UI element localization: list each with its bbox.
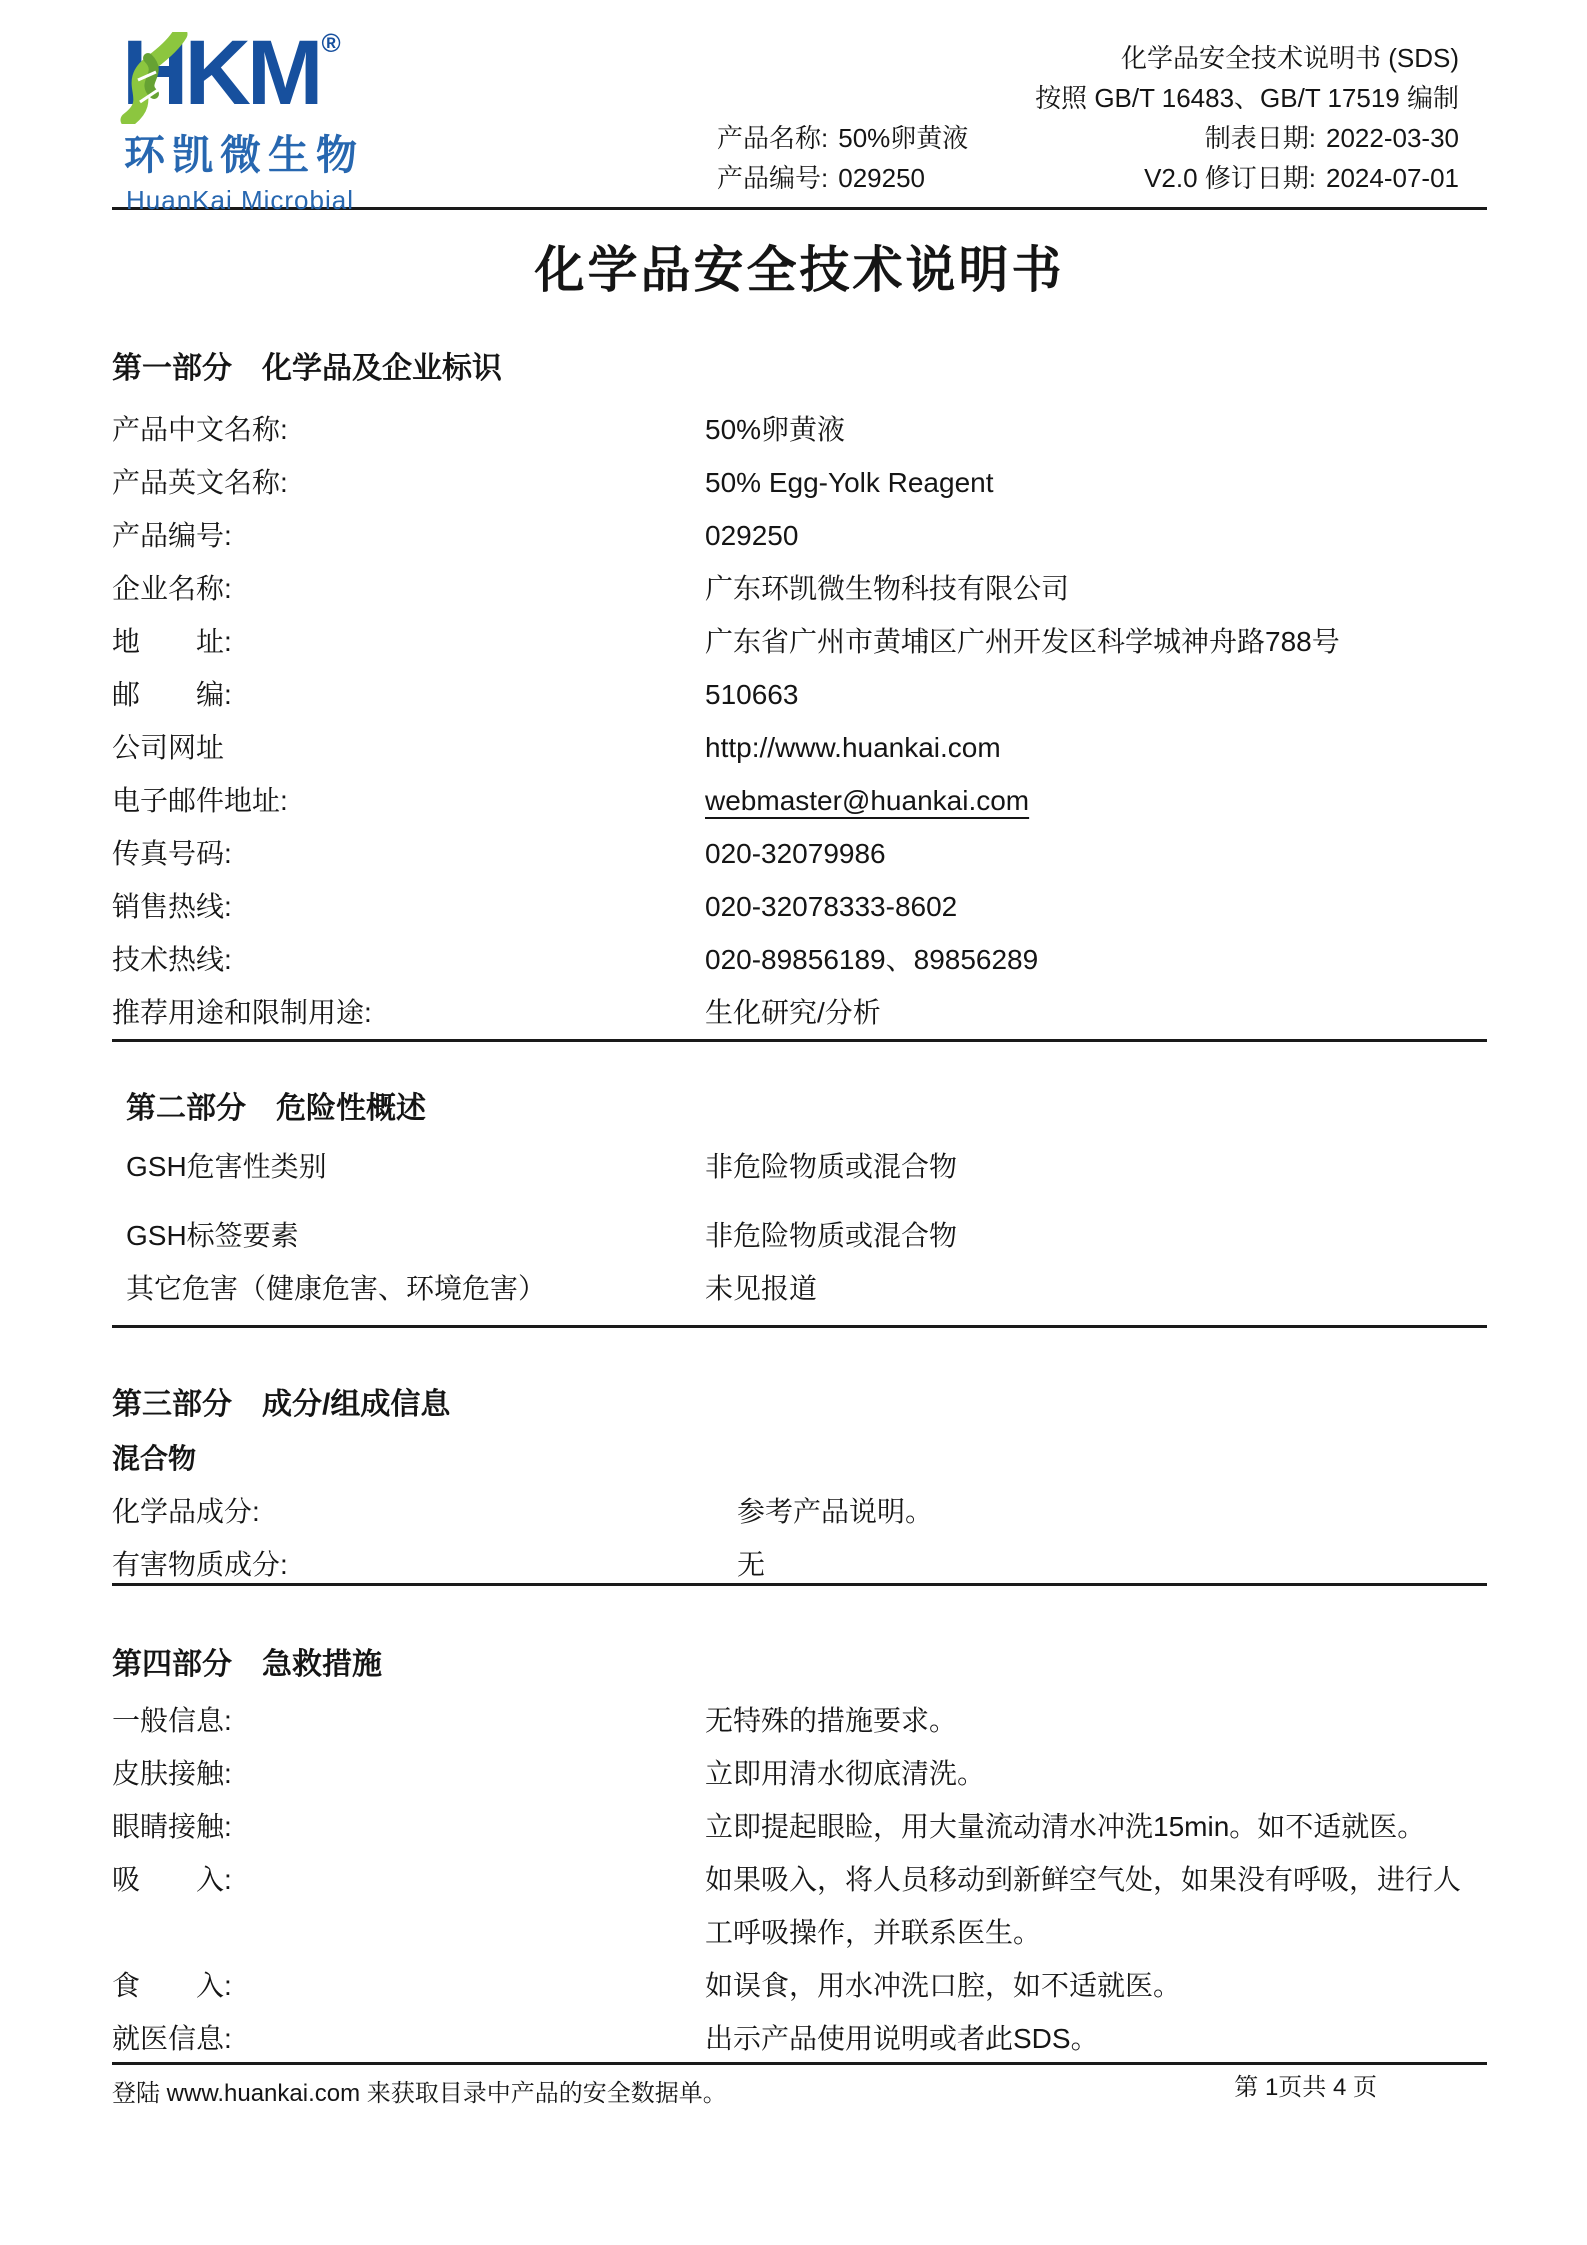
revised-date-label: V2.0 修订日期:	[1144, 163, 1316, 193]
field-value: 如误食，用水冲洗口腔，如不适就医。	[705, 1959, 1487, 2012]
field-value: 生化研究/分析	[705, 986, 1487, 1039]
field-row: 化学品成分:参考产品说明。	[112, 1485, 1487, 1538]
section-2-rows: GSH危害性类别非危险物质或混合物 GSH标签要素非危险物质或混合物 其它危害（…	[126, 1140, 1487, 1315]
field-row: 眼睛接触:立即提起眼睑，用大量流动清水冲洗15min。如不适就医。	[112, 1800, 1487, 1853]
field-value: 非危险物质或混合物	[705, 1209, 1487, 1262]
field-row: GSH标签要素非危险物质或混合物	[126, 1209, 1487, 1262]
field-label: 就医信息:	[112, 2012, 705, 2065]
page-footer: 登陆 www.huankai.com 来获取目录中产品的安全数据单。 第 1页共…	[112, 2062, 1487, 2109]
field-label: 邮 编:	[112, 668, 705, 721]
section-4-rows: 一般信息:无特殊的措施要求。 皮肤接触:立即用清水彻底清洗。 眼睛接触:立即提起…	[112, 1694, 1487, 2065]
field-row: 产品英文名称:50% Egg-Yolk Reagent	[112, 456, 1487, 509]
field-label: 食 入:	[112, 1959, 705, 2012]
field-label: 产品编号:	[112, 509, 705, 562]
dna-ribbon-icon	[118, 32, 192, 124]
product-name-label: 产品名称:	[717, 123, 828, 153]
section-2-heading: 第二部分 危险性概述	[126, 1092, 1487, 1126]
field-row: 食 入:如误食，用水冲洗口腔，如不适就医。	[112, 1959, 1487, 2012]
section-3-heading: 第三部分 成分/组成信息	[112, 1388, 1487, 1422]
company-logo: HKM® 环凯微生物 HuanKai Microbial	[112, 30, 414, 216]
field-row: 就医信息:出示产品使用说明或者此SDS。	[112, 2012, 1487, 2065]
field-row: 产品中文名称:50%卵黄液	[112, 403, 1487, 456]
field-value: 510663	[705, 668, 1487, 721]
field-row: 吸 入:如果吸入，将人员移动到新鲜空气处，如果没有呼吸，进行人工呼吸操作，并联系…	[112, 1853, 1487, 1959]
field-label: GSH标签要素	[126, 1209, 705, 1262]
field-label: 有害物质成分:	[112, 1538, 737, 1591]
field-row: 皮肤接触:立即用清水彻底清洗。	[112, 1747, 1487, 1800]
field-row: 有害物质成分:无	[112, 1538, 1487, 1591]
field-value: 如果吸入，将人员移动到新鲜空气处，如果没有呼吸，进行人工呼吸操作，并联系医生。	[705, 1853, 1487, 1959]
field-label: 化学品成分:	[112, 1485, 737, 1538]
product-code-value: 029250	[838, 163, 925, 193]
section-3-rows: 化学品成分:参考产品说明。 有害物质成分:无	[112, 1485, 1487, 1591]
logo-cn-name: 环凯微生物	[124, 122, 414, 181]
field-value: 非危险物质或混合物	[705, 1140, 1487, 1193]
field-row: 一般信息:无特殊的措施要求。	[112, 1694, 1487, 1747]
field-row: 企业名称:广东环凯微生物科技有限公司	[112, 562, 1487, 615]
field-label: 传真号码:	[112, 827, 705, 880]
field-value: 020-32078333-8602	[705, 880, 1487, 933]
field-value: 广东省广州市黄埔区广州开发区科学城神舟路788号	[705, 615, 1487, 668]
section-1-rows: 产品中文名称:50%卵黄液 产品英文名称:50% Egg-Yolk Reagen…	[112, 403, 1487, 1039]
field-row: 电子邮件地址:webmaster@huankai.com	[112, 774, 1487, 827]
field-label: 推荐用途和限制用途:	[112, 986, 705, 1039]
field-label: 销售热线:	[112, 880, 705, 933]
field-label: 产品英文名称:	[112, 456, 705, 509]
sds-document-page: HKM® 环凯微生物 HuanKai Microbial 化学品安全技术说明书 …	[0, 0, 1587, 2245]
field-label: 技术热线:	[112, 933, 705, 986]
product-code-label: 产品编号:	[717, 163, 828, 193]
field-row: GSH危害性类别非危险物质或混合物	[126, 1140, 1487, 1193]
field-row: 公司网址http://www.huankai.com	[112, 721, 1487, 774]
email-link[interactable]: webmaster@huankai.com	[705, 785, 1029, 816]
created-date-label: 制表日期:	[1205, 123, 1316, 153]
revised-date-value: 2024-07-01	[1326, 163, 1459, 193]
field-value: 50% Egg-Yolk Reagent	[705, 456, 1487, 509]
field-label: 企业名称:	[112, 562, 705, 615]
field-row: 传真号码:020-32079986	[112, 827, 1487, 880]
website-url: http://www.huankai.com	[705, 721, 1487, 774]
field-label: 吸 入:	[112, 1853, 705, 1906]
field-row: 销售热线:020-32078333-8602	[112, 880, 1487, 933]
field-value: 无特殊的措施要求。	[705, 1694, 1487, 1747]
field-label: 产品中文名称:	[112, 403, 705, 456]
header-info: 化学品安全技术说明书 (SDS) 按照 GB/T 16483、GB/T 1751…	[414, 30, 1487, 198]
section-divider	[112, 1039, 1487, 1042]
registered-trademark-icon: ®	[322, 28, 341, 58]
mixture-subheading: 混合物	[112, 1432, 1487, 1485]
field-value: 参考产品说明。	[737, 1485, 1487, 1538]
field-label: 一般信息:	[112, 1694, 705, 1747]
doc-type-line: 化学品安全技术说明书 (SDS)	[1121, 38, 1487, 78]
header-product-name: 产品名称:50%卵黄液	[717, 118, 968, 158]
product-name-value: 50%卵黄液	[838, 123, 968, 153]
section-1-heading: 第一部分 化学品及企业标识	[112, 352, 1487, 386]
footer-note: 登陆 www.huankai.com 来获取目录中产品的安全数据单。	[112, 2079, 727, 2109]
field-value: 无	[737, 1538, 1487, 1591]
field-label: 地 址:	[112, 615, 705, 668]
field-value: 020-89856189、89856289	[705, 933, 1487, 986]
field-label: 公司网址	[112, 721, 705, 774]
field-value: 立即提起眼睑，用大量流动清水冲洗15min。如不适就医。	[705, 1800, 1487, 1853]
field-label: 电子邮件地址:	[112, 774, 705, 827]
document-title: 化学品安全技术说明书	[112, 244, 1487, 296]
field-label: 皮肤接触:	[112, 1747, 705, 1800]
field-row: 产品编号:029250	[112, 509, 1487, 562]
field-value: 020-32079986	[705, 827, 1487, 880]
field-row: 其它危害（健康危害、环境危害）未见报道	[126, 1262, 1487, 1315]
field-row: 邮 编:510663	[112, 668, 1487, 721]
created-date-value: 2022-03-30	[1326, 123, 1459, 153]
header-revised-date: V2.0 修订日期:2024-07-01	[1144, 158, 1487, 198]
standard-line: 按照 GB/T 16483、GB/T 17519 编制	[1035, 78, 1487, 118]
field-value: 50%卵黄液	[705, 403, 1487, 456]
page-indicator: 第 1页共 4 页	[1234, 2073, 1377, 2103]
field-label: 其它危害（健康危害、环境危害）	[126, 1262, 705, 1315]
field-value: 广东环凯微生物科技有限公司	[705, 562, 1487, 615]
field-row: 技术热线:020-89856189、89856289	[112, 933, 1487, 986]
field-label: GSH危害性类别	[126, 1140, 705, 1193]
field-value: 出示产品使用说明或者此SDS。	[705, 2012, 1487, 2065]
field-value: 立即用清水彻底清洗。	[705, 1747, 1487, 1800]
field-row: 推荐用途和限制用途:生化研究/分析	[112, 986, 1487, 1039]
header-created-date: 制表日期:2022-03-30	[1205, 118, 1487, 158]
logo-en-name: HuanKai Microbial	[126, 185, 414, 216]
field-label: 眼睛接触:	[112, 1800, 705, 1853]
section-4-heading: 第四部分 急救措施	[112, 1648, 1487, 1682]
field-value: 未见报道	[705, 1262, 1487, 1315]
section-divider	[112, 1325, 1487, 1328]
header-product-code: 产品编号:029250	[717, 158, 925, 198]
field-row: 地 址:广东省广州市黄埔区广州开发区科学城神舟路788号	[112, 615, 1487, 668]
field-value: 029250	[705, 509, 1487, 562]
page-header: HKM® 环凯微生物 HuanKai Microbial 化学品安全技术说明书 …	[112, 30, 1487, 210]
